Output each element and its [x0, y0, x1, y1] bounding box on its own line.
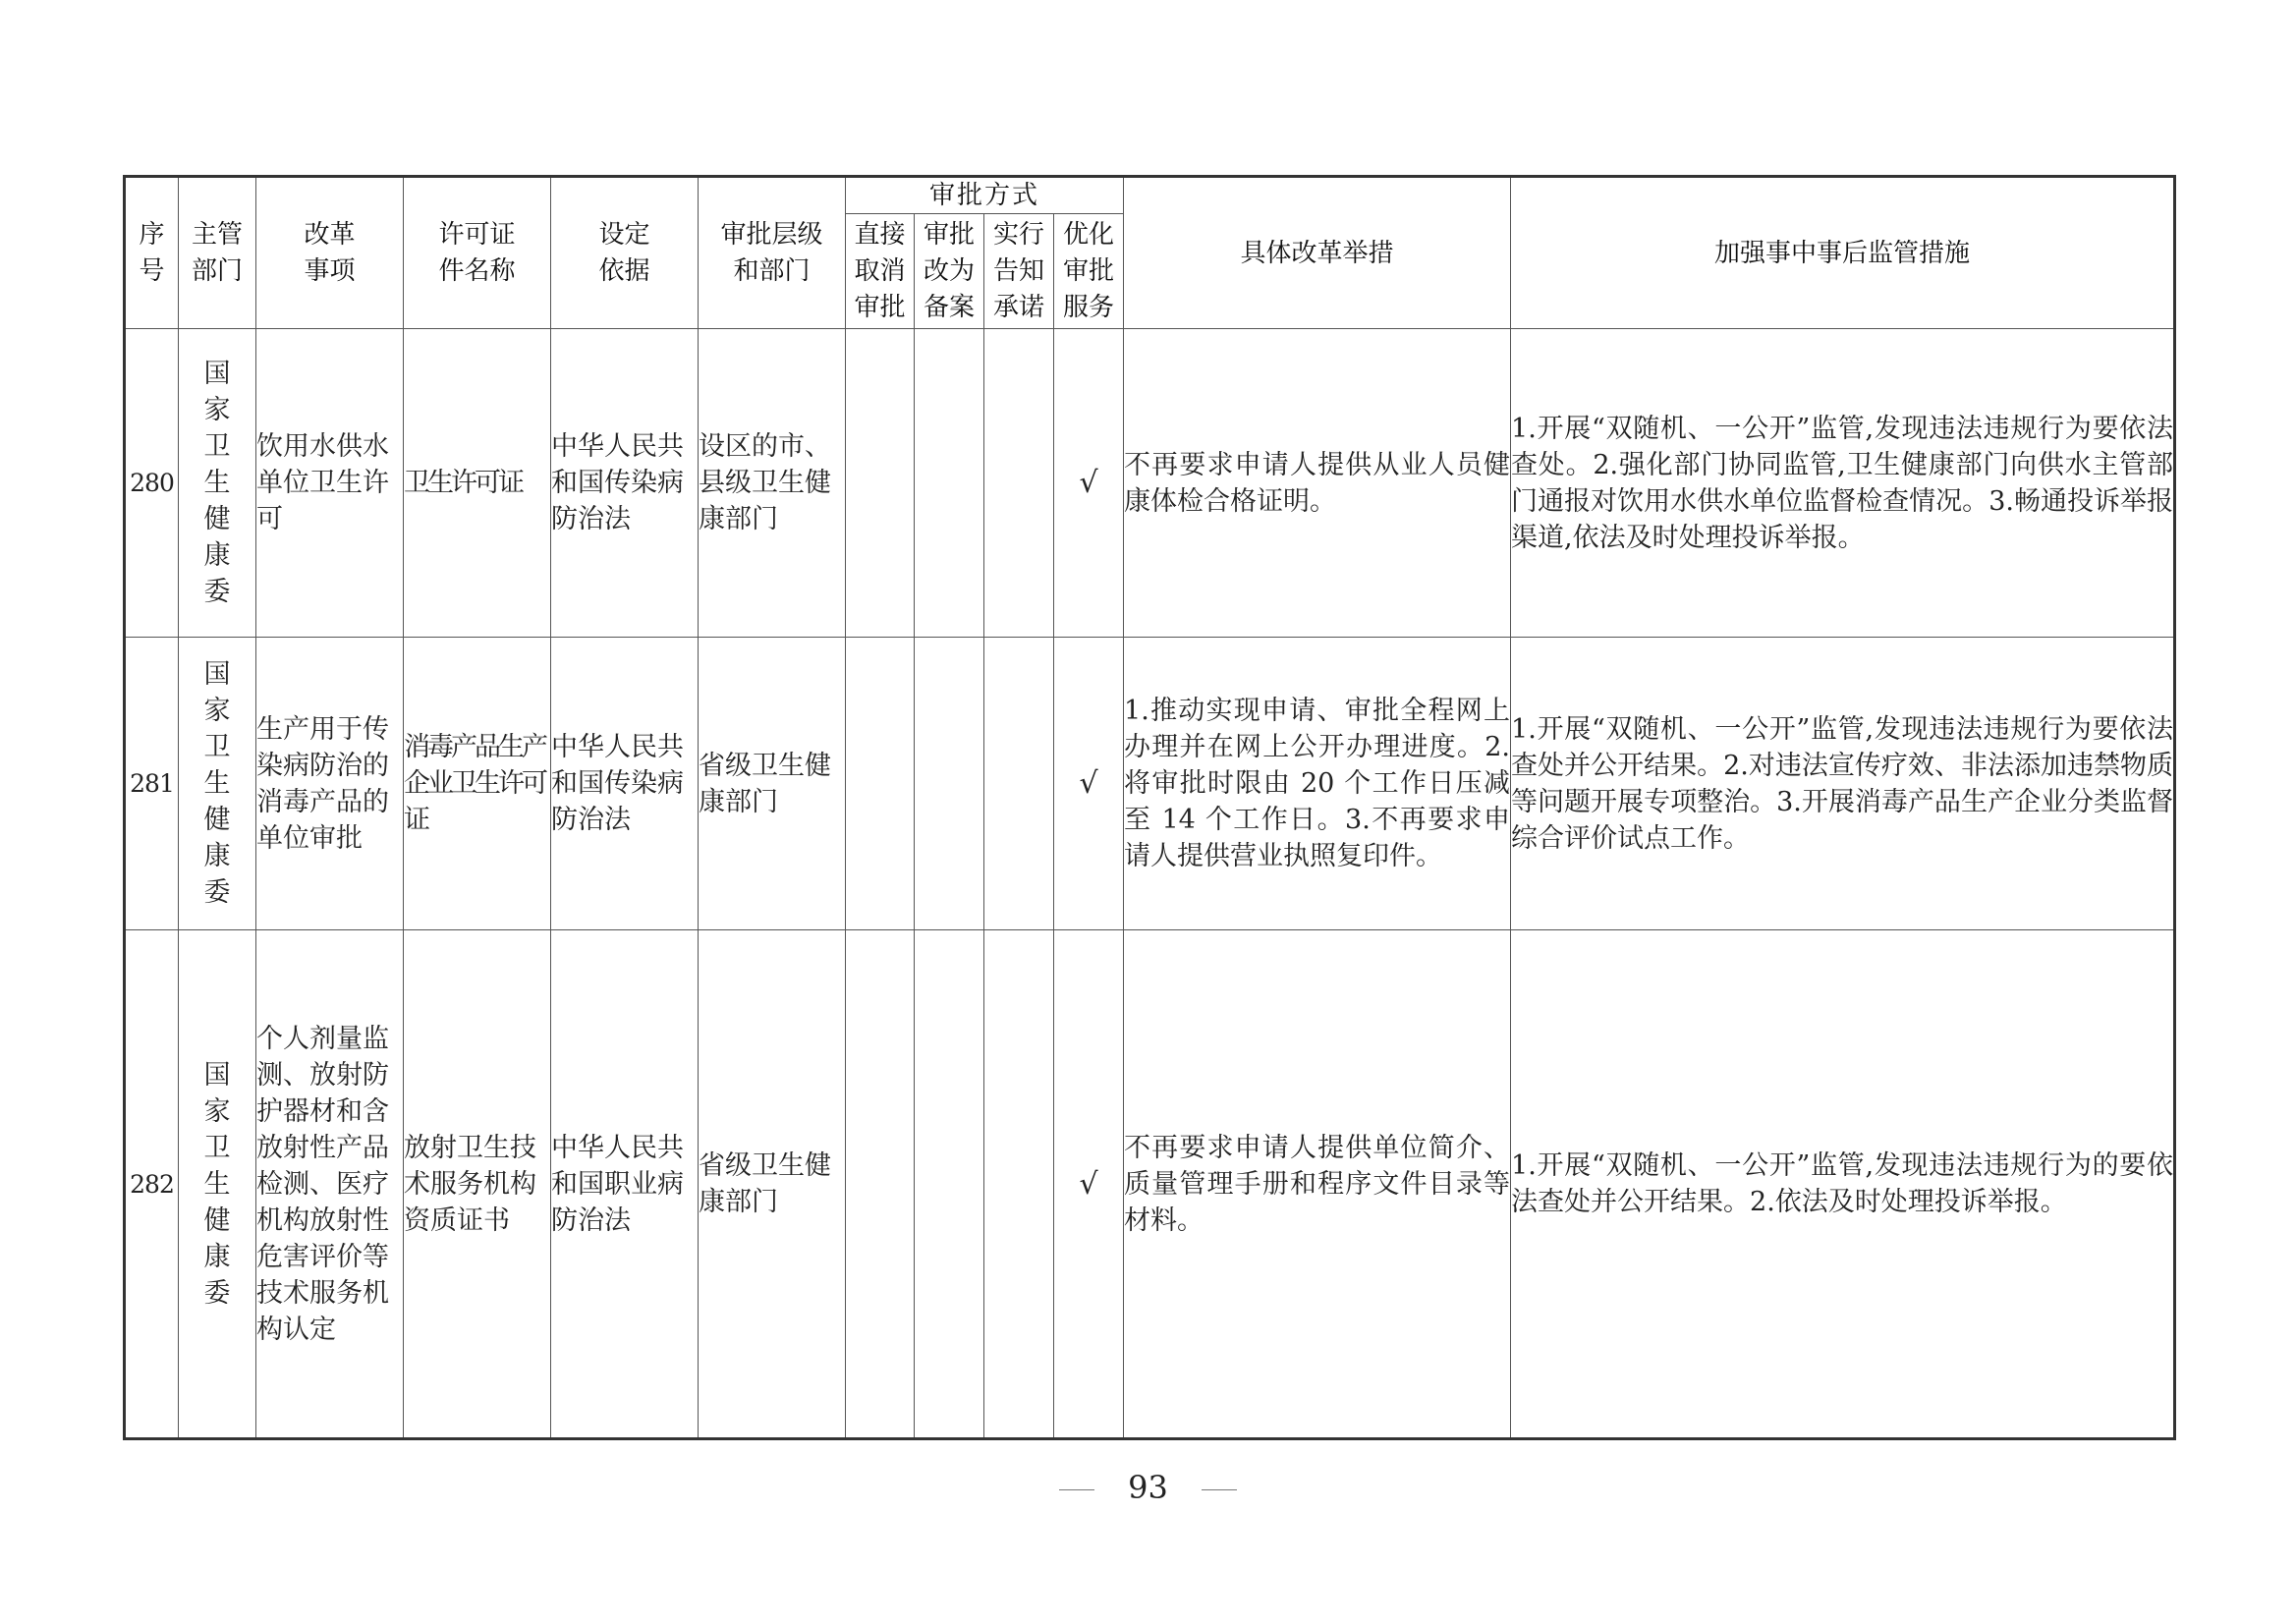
row-method-cancel [846, 638, 915, 930]
row-level: 设区的市、县级卫生健康部门 [699, 329, 846, 638]
row-level: 省级卫生健康部门 [699, 638, 846, 930]
header-method-record: 审批改为备案 [915, 214, 984, 329]
checkmark-icon: √ [1054, 329, 1124, 638]
header-item: 改革事项 [256, 177, 404, 329]
header-dept: 主管部门 [179, 177, 256, 329]
row-dept: 国家卫生健康委 [179, 638, 256, 930]
row-item: 生产用于传染病防治的消毒产品的单位审批 [256, 638, 404, 930]
header-method-optimize: 优化审批服务 [1054, 214, 1124, 329]
row-supervision: 1.开展“双随机、一公开”监管,发现违法违规行为的要依法查处并公开结果。2.依法… [1511, 930, 2175, 1439]
row-method-record [915, 930, 984, 1439]
row-item: 饮用水供水单位卫生许可 [256, 329, 404, 638]
checkmark-icon: √ [1054, 930, 1124, 1439]
row-license: 卫生许可证 [404, 329, 551, 638]
row-measures: 不再要求申请人提供单位简介、质量管理手册和程序文件目录等材料。 [1124, 930, 1511, 1439]
row-supervision: 1.开展“双随机、一公开”监管,发现违法违规行为要依法查处并公开结果。2.对违法… [1511, 638, 2175, 930]
document-page: 序号 主管部门 改革事项 许可证件名称 设定依据 审批层级和部门 审批方式 具体… [0, 0, 2296, 1624]
header-method-group: 审批方式 [846, 177, 1124, 214]
header-seq: 序号 [125, 177, 179, 329]
header-license: 许可证件名称 [404, 177, 551, 329]
page-footer: 93 [0, 1469, 2296, 1506]
row-seq: 282 [125, 930, 179, 1439]
row-method-record [915, 329, 984, 638]
row-basis: 中华人民共和国传染病防治法 [551, 638, 699, 930]
row-license: 放射卫生技术服务机构资质证书 [404, 930, 551, 1439]
row-basis: 中华人民共和国传染病防治法 [551, 329, 699, 638]
row-dept: 国家卫生健康委 [179, 329, 256, 638]
row-supervision: 1.开展“双随机、一公开”监管,发现违法违规行为要依法查处。2.强化部门协同监管… [1511, 329, 2175, 638]
row-seq: 280 [125, 329, 179, 638]
header-basis: 设定依据 [551, 177, 699, 329]
row-method-cancel [846, 930, 915, 1439]
table-row: 281 国家卫生健康委 生产用于传染病防治的消毒产品的单位审批 消毒产品生产企业… [125, 638, 2175, 930]
row-measures: 不再要求申请人提供从业人员健康体检合格证明。 [1124, 329, 1511, 638]
row-method-notify [984, 329, 1054, 638]
row-seq: 281 [125, 638, 179, 930]
row-method-notify [984, 930, 1054, 1439]
reform-table: 序号 主管部门 改革事项 许可证件名称 设定依据 审批层级和部门 审批方式 具体… [123, 175, 2176, 1440]
row-method-record [915, 638, 984, 930]
row-level: 省级卫生健康部门 [699, 930, 846, 1439]
header-level: 审批层级和部门 [699, 177, 846, 329]
header-method-notify: 实行告知承诺 [984, 214, 1054, 329]
header-measures: 具体改革举措 [1124, 177, 1511, 329]
page-number: 93 [1128, 1469, 1168, 1506]
row-basis: 中华人民共和国职业病防治法 [551, 930, 699, 1439]
row-measures: 1.推动实现申请、审批全程网上办理并在网上公开办理进度。2.将审批时限由 20 … [1124, 638, 1511, 930]
header-row: 序号 主管部门 改革事项 许可证件名称 设定依据 审批层级和部门 审批方式 具体… [125, 177, 2175, 214]
row-method-notify [984, 638, 1054, 930]
dash-left [1059, 1489, 1094, 1491]
table-row: 280 国家卫生健康委 饮用水供水单位卫生许可 卫生许可证 中华人民共和国传染病… [125, 329, 2175, 638]
row-dept: 国家卫生健康委 [179, 930, 256, 1439]
header-supervision: 加强事中事后监管措施 [1511, 177, 2175, 329]
row-item: 个人剂量监测、放射防护器材和含放射性产品检测、医疗机构放射性危害评价等技术服务机… [256, 930, 404, 1439]
header-method-cancel: 直接取消审批 [846, 214, 915, 329]
dash-right [1202, 1489, 1237, 1491]
table-row: 282 国家卫生健康委 个人剂量监测、放射防护器材和含放射性产品检测、医疗机构放… [125, 930, 2175, 1439]
checkmark-icon: √ [1054, 638, 1124, 930]
row-method-cancel [846, 329, 915, 638]
row-license: 消毒产品生产企业卫生许可证 [404, 638, 551, 930]
